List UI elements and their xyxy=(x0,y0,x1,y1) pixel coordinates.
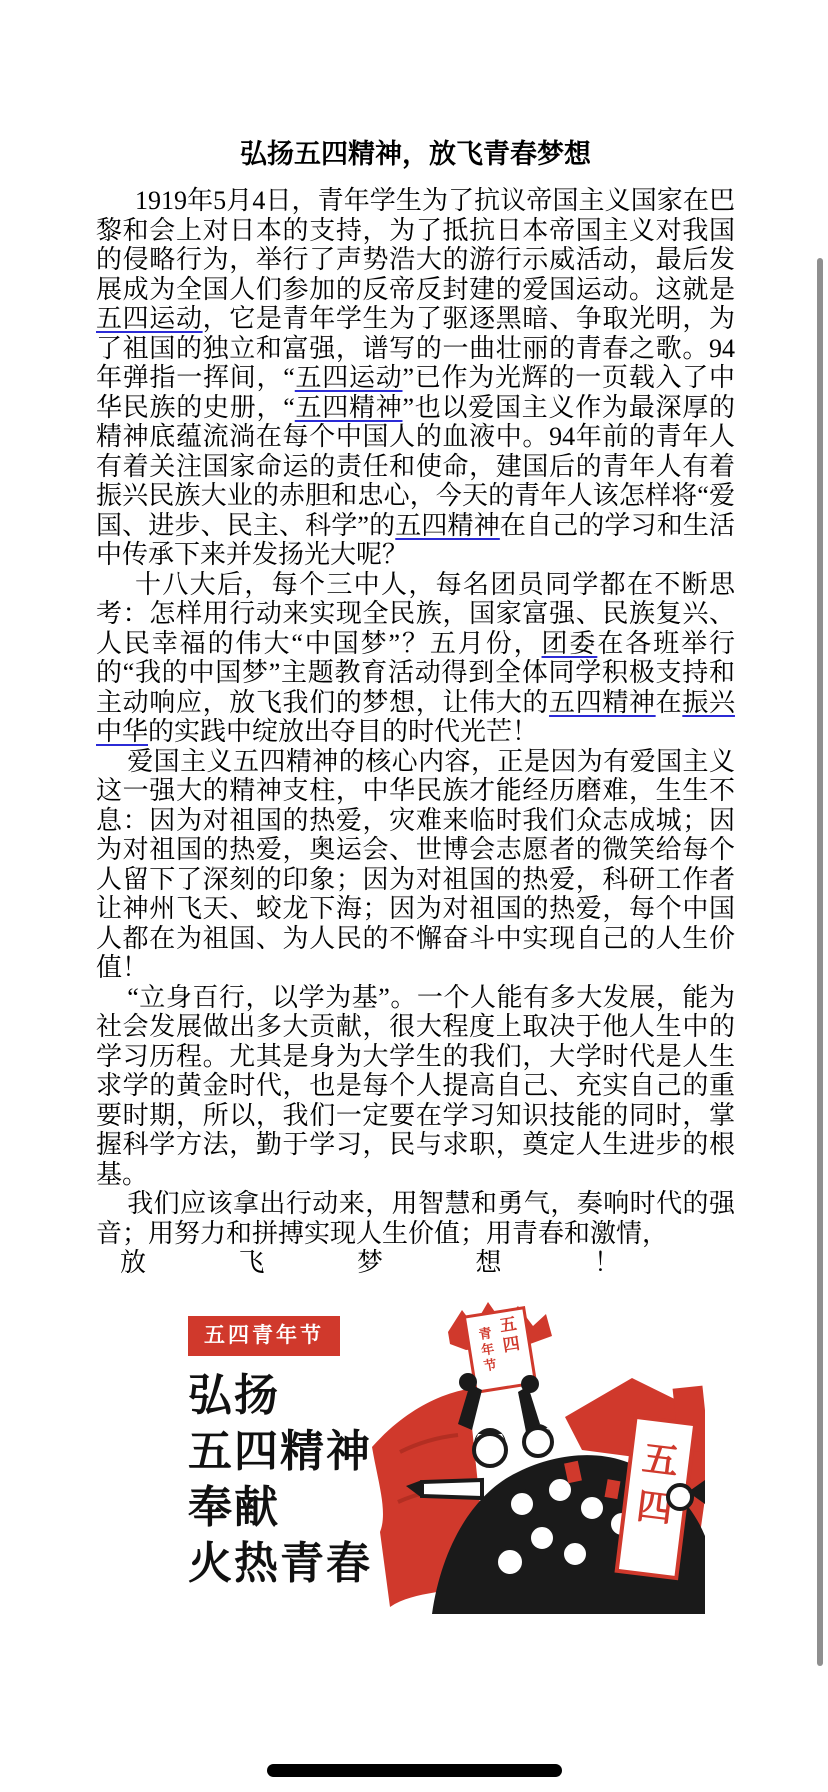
placard-text-right: 五 xyxy=(498,1314,518,1335)
document-body: 弘扬五四精神，放飞青春梦想 1919年5月4日，青年学生为了抗议帝国主义国家在巴… xyxy=(96,136,735,1301)
svg-text:节: 节 xyxy=(483,1357,498,1374)
paragraph: “立身百行，以学为基”。一个人能有多大发展，能为社会发展做出多大贡献，很大程度上… xyxy=(96,983,735,1190)
paragraph: 爱国主义五四精神的核心内容，正是因为有爱国主义这一强大的精神支柱，中华民族才能经… xyxy=(96,747,735,983)
may-fourth-crowd-illustration: 五 四 青 年 节 xyxy=(370,1292,705,1614)
paragraph: 我们应该拿出行动来，用智慧和勇气，奏响时代的强音；用努力和拼搏实现人生价值；用青… xyxy=(96,1189,735,1248)
text-run: 爱国主义五四精神的核心内容，正是因为有爱国主义这一强大的精神支柱，中华民族才能经… xyxy=(96,747,735,983)
svg-text:五: 五 xyxy=(640,1437,681,1482)
poster-line: 五四精神 xyxy=(188,1424,372,1480)
spread-token: 梦 xyxy=(357,1248,383,1278)
poster-text-lines: 弘扬五四精神奉献火热青春 xyxy=(188,1368,372,1592)
text-run: 我们应该拿出行动来，用智慧和勇气，奏响时代的强音；用努力和拼搏实现人生价值；用青… xyxy=(96,1189,735,1248)
poster-line: 弘扬 xyxy=(188,1368,372,1424)
spread-line: 放飞梦想！ xyxy=(120,1248,620,1278)
document-title: 弘扬五四精神，放飞青春梦想 xyxy=(96,136,735,172)
home-indicator[interactable] xyxy=(267,1764,562,1777)
svg-text:四: 四 xyxy=(501,1334,521,1355)
paragraph: 十八大后，每个三中人，每名团员同学都在不断思考：怎样用行动来实现全民族，国家富强… xyxy=(96,570,735,747)
document-page: 弘扬五四精神，放飞青春梦想 1919年5月4日，青年学生为了抗议帝国主义国家在巴… xyxy=(0,0,828,1792)
text-run: 在 xyxy=(656,688,683,717)
poster-badge: 五四青年节 xyxy=(188,1316,340,1356)
text-run: 的实践中绽放出夺目的时代光芒！ xyxy=(148,717,538,746)
youth-day-poster: 五四青年节 弘扬五四精神奉献火热青春 五 四 青 年 节 xyxy=(160,1292,705,1615)
scrollbar-thumb[interactable] xyxy=(817,258,823,1666)
inline-link[interactable]: 五四精神 xyxy=(549,688,656,717)
inline-link[interactable]: 五四运动 xyxy=(96,304,203,333)
paragraph: 1919年5月4日，青年学生为了抗议帝国主义国家在巴黎和会上对日本的支持，为了抵… xyxy=(96,186,735,570)
paragraph-container: 1919年5月4日，青年学生为了抗议帝国主义国家在巴黎和会上对日本的支持，为了抵… xyxy=(96,186,735,1248)
text-run: 1919年5月4日，青年学生为了抗议帝国主义国家在巴黎和会上对日本的支持，为了抵… xyxy=(96,186,735,304)
spread-token: 放 xyxy=(120,1248,146,1278)
poster-line: 火热青春 xyxy=(188,1536,372,1592)
spread-token: ！ xyxy=(594,1248,620,1278)
inline-link[interactable]: 五四精神 xyxy=(395,511,500,540)
inline-link[interactable]: 团委 xyxy=(542,629,598,658)
inline-link[interactable]: 五四运动 xyxy=(295,363,403,392)
inline-link[interactable]: 五四精神 xyxy=(295,393,403,422)
spread-token: 想 xyxy=(475,1248,501,1278)
svg-text:青: 青 xyxy=(478,1325,493,1342)
svg-text:年: 年 xyxy=(480,1341,495,1358)
spread-token: 飞 xyxy=(238,1248,264,1278)
poster-line: 奉献 xyxy=(188,1480,372,1536)
text-run: “立身百行，以学为基”。一个人能有多大发展，能为社会发展做出多大贡献，很大程度上… xyxy=(96,983,735,1189)
